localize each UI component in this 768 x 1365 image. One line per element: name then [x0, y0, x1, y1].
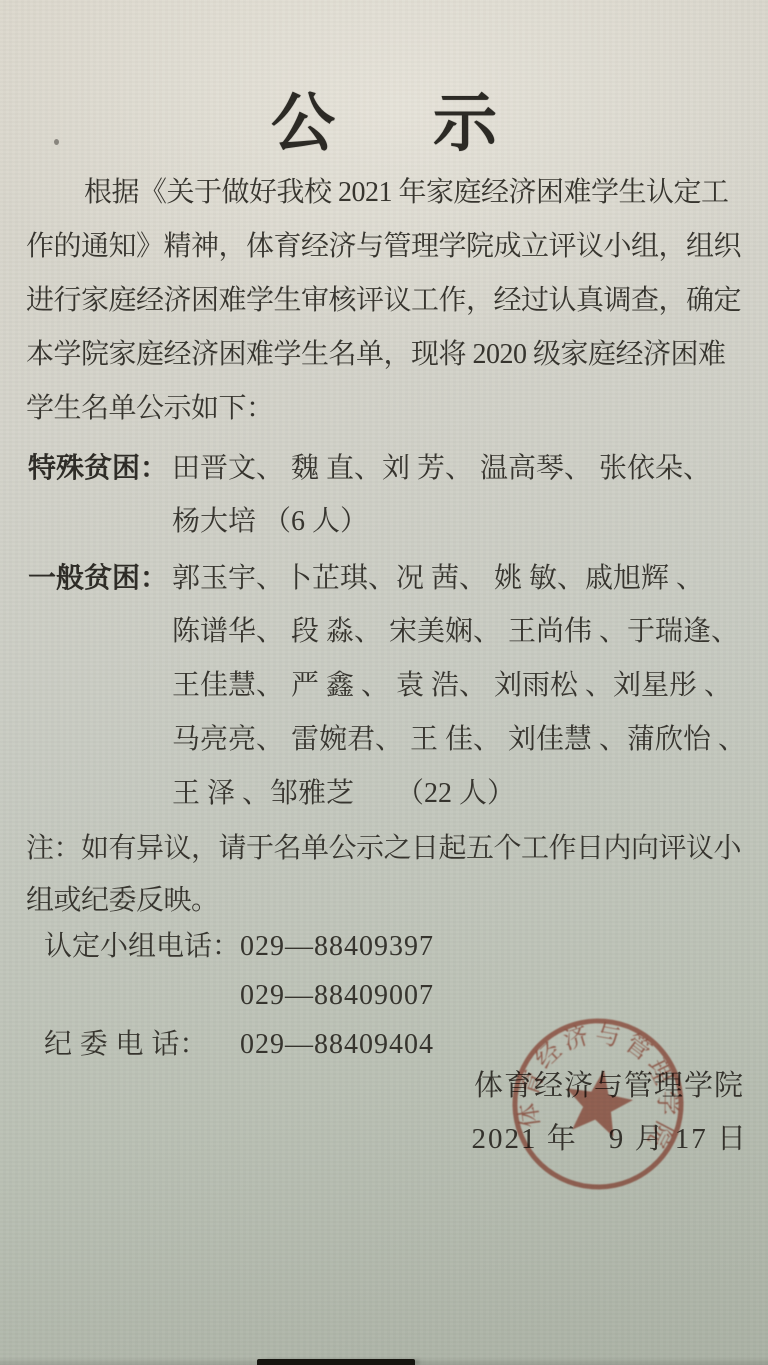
contact-label: 认定小组电话：	[44, 921, 240, 970]
name-list-text: 田晋文、 魏 直、刘 芳、 温高琴、 张依朵、	[172, 453, 711, 484]
official-seal: 体育经济与管理学院	[495, 1001, 701, 1207]
name-list-line: 陈谱华、 段 淼、 宋美娴、 王尚伟 、于瑞逢、	[28, 605, 748, 659]
special-poverty-section: 特殊贫困：田晋文、 魏 直、刘 芳、 温高琴、 张依朵、 杨大培 （6 人）	[28, 441, 748, 549]
paragraph-line: 本学院家庭经济困难学生名单，现将 2020 级家庭经济困难	[26, 328, 746, 382]
contact-number: 029—88409007	[240, 980, 434, 1011]
general-poverty-section: 一般贫困：郭玉宇、卜芷琪、况 茜、 姚 敏、戚旭辉 、 陈谱华、 段 淼、 宋美…	[28, 551, 748, 821]
paragraph-line: 根据《关于做好我校 2021 年家庭经济困难学生认定工	[26, 166, 746, 220]
contact-row: 029—88409007	[44, 970, 744, 1019]
name-list-line: 马亮亮、 雷婉君、 王 佳、 刘佳慧 、蒲欣怡 、	[28, 713, 748, 767]
title-char-left: 公	[271, 72, 335, 164]
notice-document-photo: 公 示 根据《关于做好我校 2021 年家庭经济困难学生认定工 作的通知》精神，…	[0, 0, 768, 1365]
document-title: 公 示	[0, 72, 768, 164]
paragraph-line: 学生名单公示如下：	[26, 382, 746, 436]
paragraph-line: 进行家庭经济困难学生审核评议工作，经过认真调查，确定	[26, 274, 746, 328]
name-list-line: 一般贫困：郭玉宇、卜芷琪、况 茜、 姚 敏、戚旭辉 、	[28, 551, 748, 605]
name-list-line: 杨大培 （6 人）	[28, 495, 748, 549]
section-label-special-poverty: 特殊贫困：	[28, 452, 168, 483]
name-list-line: 王 泽 、邹雅芝 （22 人）	[28, 767, 748, 821]
desk-edge-artifact	[257, 1359, 415, 1365]
contact-number: 029—88409397	[240, 931, 434, 962]
contact-label: 纪 委 电 话：	[44, 1019, 240, 1068]
title-char-right: 示	[433, 72, 497, 164]
name-list-line: 特殊贫困：田晋文、 魏 直、刘 芳、 温高琴、 张依朵、	[28, 441, 748, 495]
seal-star-icon	[560, 1064, 638, 1139]
section-label-general-poverty: 一般贫困：	[28, 562, 168, 593]
note-line: 组或纪委反映。	[26, 874, 746, 926]
name-list-line: 王佳慧、 严 鑫 、 袁 浩、 刘雨松 、刘星彤 、	[28, 659, 748, 713]
contact-number: 029—88409404	[240, 1029, 434, 1060]
body-paragraph: 根据《关于做好我校 2021 年家庭经济困难学生认定工 作的通知》精神，体育经济…	[26, 166, 746, 436]
contact-row: 认定小组电话：029—88409397	[44, 921, 744, 970]
name-list-text: 郭玉宇、卜芷琪、况 茜、 姚 敏、戚旭辉 、	[172, 563, 704, 594]
note-line: 注：如有异议，请于名单公示之日起五个工作日内向评议小	[26, 822, 746, 874]
paragraph-line: 作的通知》精神，体育经济与管理学院成立评议小组，组织	[26, 220, 746, 274]
objection-note: 注：如有异议，请于名单公示之日起五个工作日内向评议小 组或纪委反映。	[26, 822, 746, 926]
